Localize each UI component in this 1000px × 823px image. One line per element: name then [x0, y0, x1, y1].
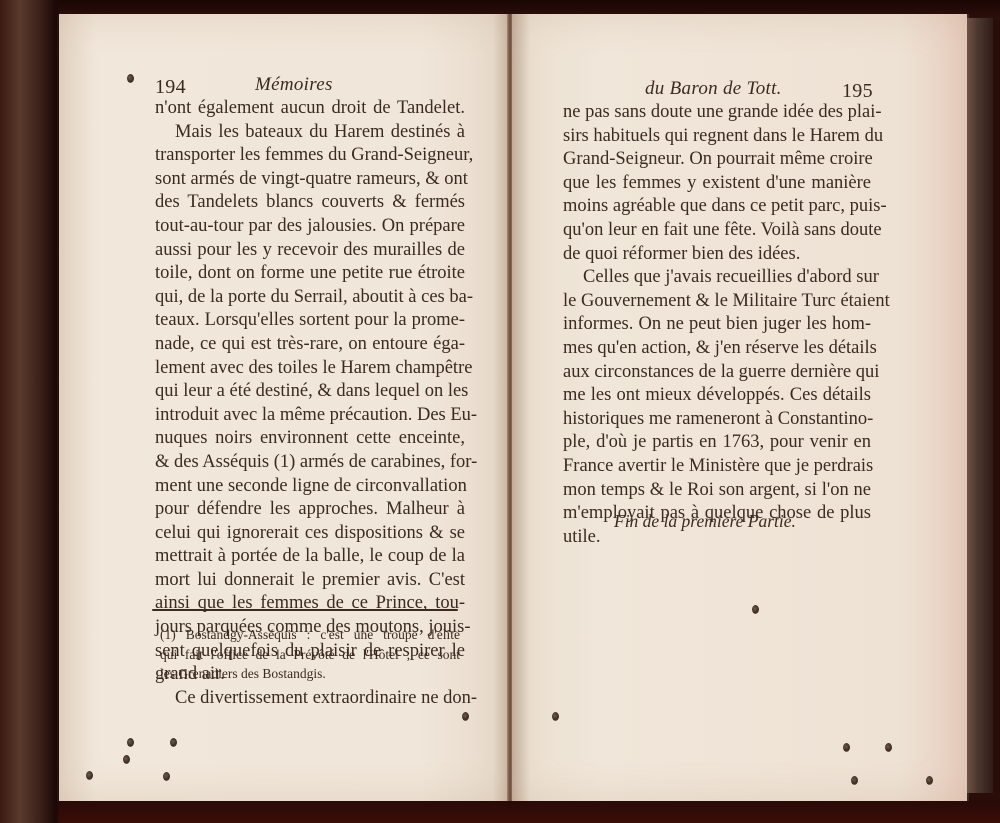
paper-blemish: [851, 776, 858, 785]
text-line: Mais les bateaux du Harem destinés à: [155, 121, 465, 145]
text-line: le Gouvernement & le Militaire Turc étai…: [563, 290, 871, 314]
footnote-rule: [152, 609, 458, 611]
text-line: sirs habituels qui regnent dans le Harem…: [563, 125, 871, 149]
paper-blemish: [552, 712, 559, 721]
text-line: Ce divertissement extraordinaire ne don-: [155, 687, 465, 711]
paper-blemish: [926, 776, 933, 785]
text-line: lement avec des toiles le Harem champêtr…: [155, 357, 465, 381]
text-line: mort lui donnerait le premier avis. C'es…: [155, 569, 465, 593]
left-page-body: n'ont également aucun droit de Tandelet.…: [155, 97, 465, 710]
text-line: teaux. Lorsqu'elles sortent pour la prom…: [155, 309, 465, 333]
text-line: celui qui ignorerait ces dispositions & …: [155, 522, 465, 546]
footnote-line: (1) Bostandgy-Asséquis : c'est une troup…: [160, 625, 460, 645]
text-line: ne pas sans doute une grande idée des pl…: [563, 101, 871, 125]
text-line: qui, de la porte du Serrail, aboutit à c…: [155, 286, 465, 310]
text-line: Grand-Seigneur. On pourrait même croire: [563, 148, 871, 172]
text-line: qu'on leur en fait une fête. Voilà sans …: [563, 219, 871, 243]
footnote-line: qui fait l'office de la Prévôté de l'Hôt…: [160, 645, 460, 665]
text-line: transporter les femmes du Grand-Seigneur…: [155, 144, 465, 168]
text-line: ple, d'où je partis en 1763, pour venir …: [563, 431, 871, 455]
text-line: & des Asséquis (1) armés de carabines, f…: [155, 451, 465, 475]
text-line: France avertir le Ministère que je perdr…: [563, 455, 871, 479]
right-page-number: 195: [842, 80, 873, 103]
paper-blemish: [843, 743, 850, 752]
text-line: me les ont mieux développés. Ces détails: [563, 384, 871, 408]
text-line: nade, ce qui est très-rare, on entoure é…: [155, 333, 465, 357]
left-page-number: 194: [155, 76, 186, 99]
paper-blemish: [170, 738, 177, 747]
footnote: (1) Bostandgy-Asséquis : c'est une troup…: [160, 625, 460, 684]
text-line: ainsi que les femmes de ce Prince, tou-: [155, 592, 465, 616]
text-line: mon temps & le Roi son argent, si l'on n…: [563, 479, 871, 503]
paper-blemish: [885, 743, 892, 752]
paper-blemish: [86, 771, 93, 780]
text-line: mettrait à portée de la balle, le coup d…: [155, 545, 465, 569]
closing-line: Fin de la premiere Partie.: [614, 511, 796, 532]
text-line: aux circonstances de la guerre dernière …: [563, 361, 871, 385]
text-line: ment une seconde ligne de circonvallatio…: [155, 475, 465, 499]
text-line: moins agréable que dans ce petit parc, p…: [563, 195, 871, 219]
text-line: pour défendre les approches. Malheur à: [155, 498, 465, 522]
paper-blemish: [127, 738, 134, 747]
text-line: toile, dont on forme une petite rue étro…: [155, 262, 465, 286]
text-line: mes qu'en action, & j'en réserve les dét…: [563, 337, 871, 361]
right-page-body: ne pas sans doute une grande idée des pl…: [563, 101, 871, 549]
text-line: historiques me rameneront à Constantino-: [563, 408, 871, 432]
paper-blemish: [752, 605, 759, 614]
paper-blemish: [163, 772, 170, 781]
text-line: n'ont également aucun droit de Tandelet.: [155, 97, 465, 121]
left-running-title: Mémoires: [255, 74, 333, 96]
paper-blemish: [123, 755, 130, 764]
text-line: de quoi réformer bien des idées.: [563, 243, 871, 267]
text-line: sont armés de vingt-quatre rameurs, & on…: [155, 168, 465, 192]
page-edge: [967, 18, 993, 793]
text-line: que les femmes y existent d'une manière: [563, 172, 871, 196]
footnote-line: les Grenadiers des Bostandgis.: [160, 664, 460, 684]
text-line: aussi pour les y recevoir des murailles …: [155, 239, 465, 263]
text-line: qui leur a été destiné, & dans lequel on…: [155, 380, 465, 404]
text-line: informes. On ne peut bien juger les hom-: [563, 313, 871, 337]
text-line: des Tandelets blancs couverts & fermés: [155, 191, 465, 215]
text-line: Celles que j'avais recueillies d'abord s…: [563, 266, 871, 290]
text-line: introduit avec la même précaution. Des E…: [155, 404, 465, 428]
right-running-title: du Baron de Tott.: [645, 78, 782, 100]
paper-blemish: [127, 74, 134, 83]
text-line: nuques noirs environnent cette enceinte,: [155, 427, 465, 451]
paper-blemish: [462, 712, 469, 721]
text-line: tout-au-tour par des jalousies. On prépa…: [155, 215, 465, 239]
